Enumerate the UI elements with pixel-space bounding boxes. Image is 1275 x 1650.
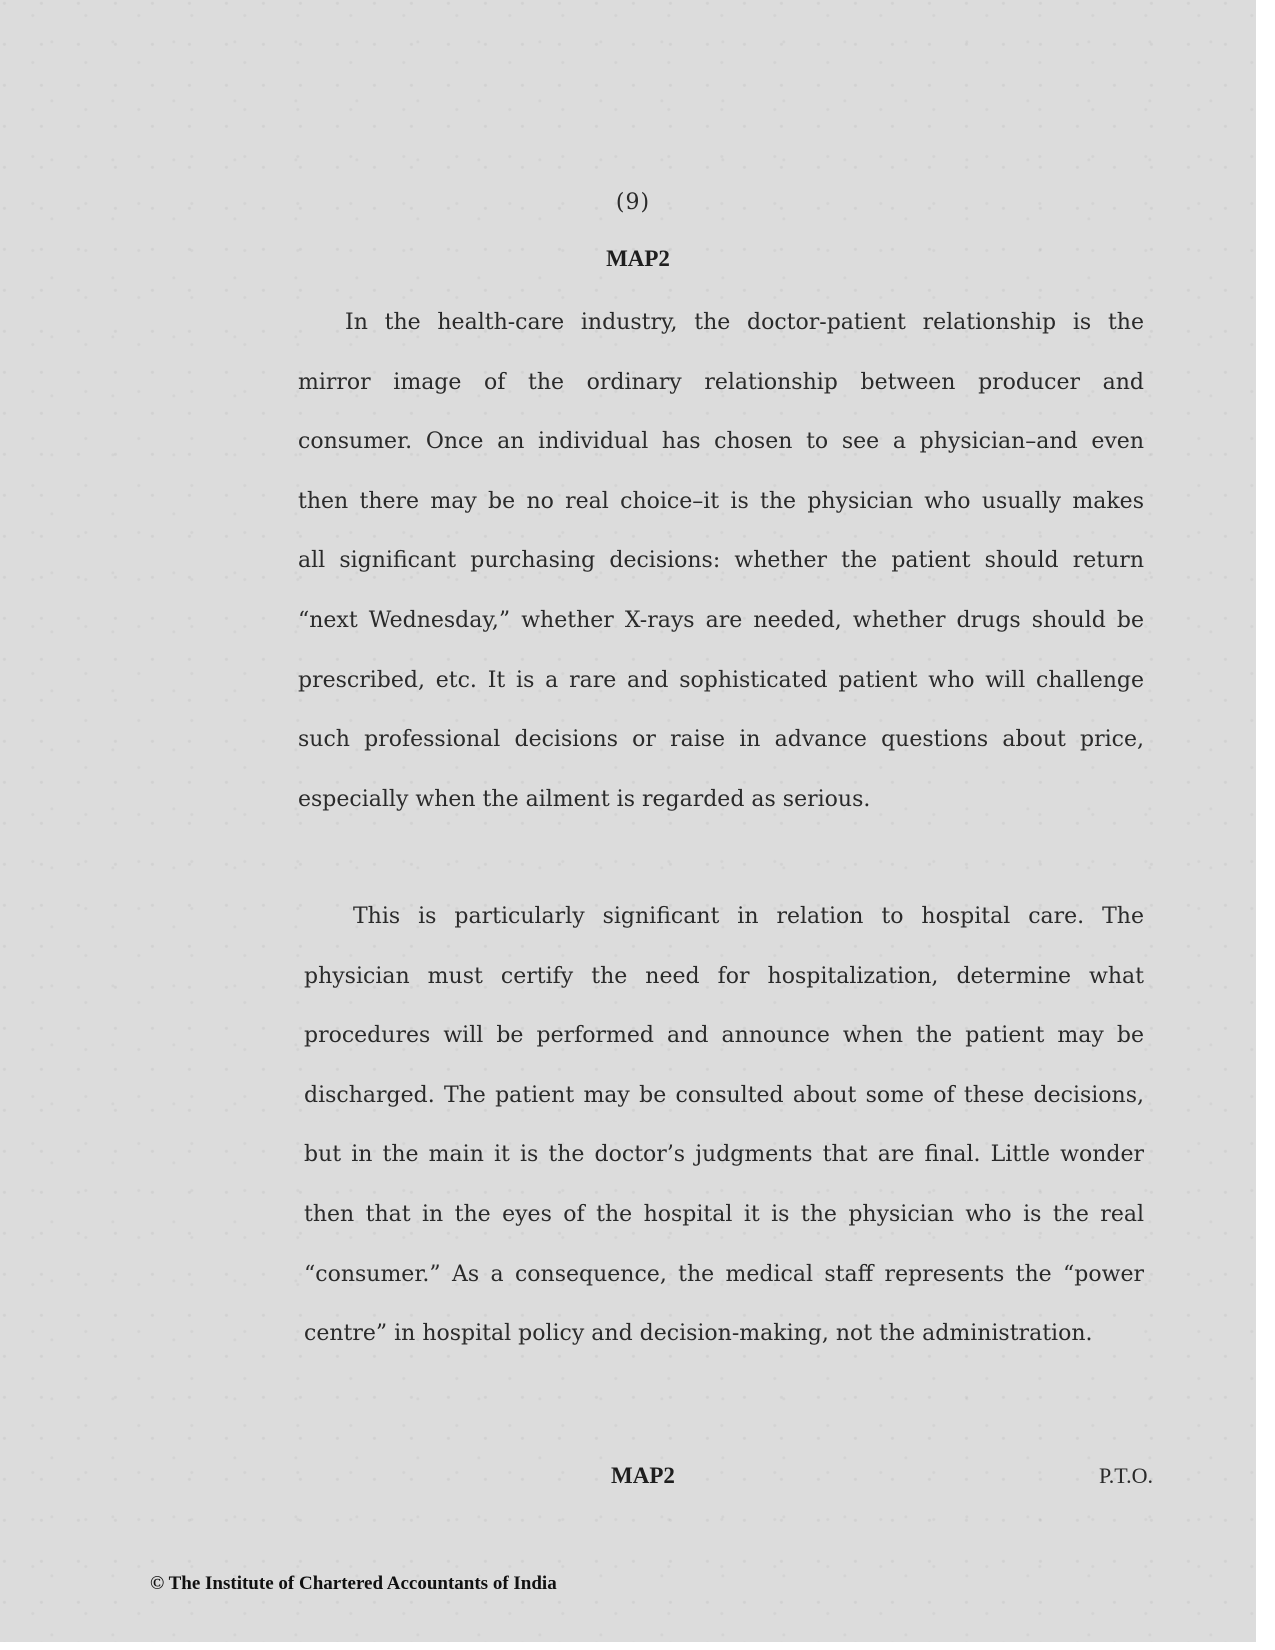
copyright-notice: © The Institute of Chartered Accountants… (150, 1573, 557, 1595)
exam-page: (9) MAP2 In the health-care industry, th… (0, 0, 1256, 1642)
footer-paper-code: MAP2 (611, 1463, 675, 1489)
text-line: then that in the eyes of the hospital it… (304, 1185, 1144, 1245)
text-line: prescribed, etc. It is a rare and sophis… (298, 651, 1144, 711)
text-line: This is particularly significant in rela… (304, 887, 1144, 947)
text-line: consumer. Once an individual has chosen … (298, 412, 1144, 472)
text-line: such professional decisions or raise in … (298, 710, 1144, 770)
text-line: but in the main it is the doctor’s judgm… (304, 1125, 1144, 1185)
header-paper-code: MAP2 (0, 246, 1275, 272)
page-number: (9) (0, 190, 1266, 215)
text-line: “next Wednesday,” whether X-rays are nee… (298, 591, 1144, 651)
please-turn-over-label: P.T.O. (1099, 1463, 1153, 1489)
text-line: mirror image of the ordinary relationshi… (298, 353, 1144, 413)
text-line: then there may be no real choice–it is t… (298, 472, 1144, 532)
paragraph-2: This is particularly significant in rela… (304, 887, 1150, 1364)
text-line: procedures will be performed and announc… (304, 1006, 1144, 1066)
text-line: especially when the ailment is regarded … (298, 770, 1144, 830)
text-line: all significant purchasing decisions: wh… (298, 531, 1144, 591)
text-line: “consumer.” As a consequence, the medica… (304, 1245, 1144, 1305)
text-line: discharged. The patient may be consulted… (304, 1066, 1144, 1126)
text-line: In the health-care industry, the doctor-… (298, 293, 1144, 353)
paragraph-1: In the health-care industry, the doctor-… (298, 293, 1144, 829)
text-line: centre” in hospital policy and decision-… (304, 1304, 1150, 1364)
text-line: physician must certify the need for hosp… (304, 947, 1144, 1007)
